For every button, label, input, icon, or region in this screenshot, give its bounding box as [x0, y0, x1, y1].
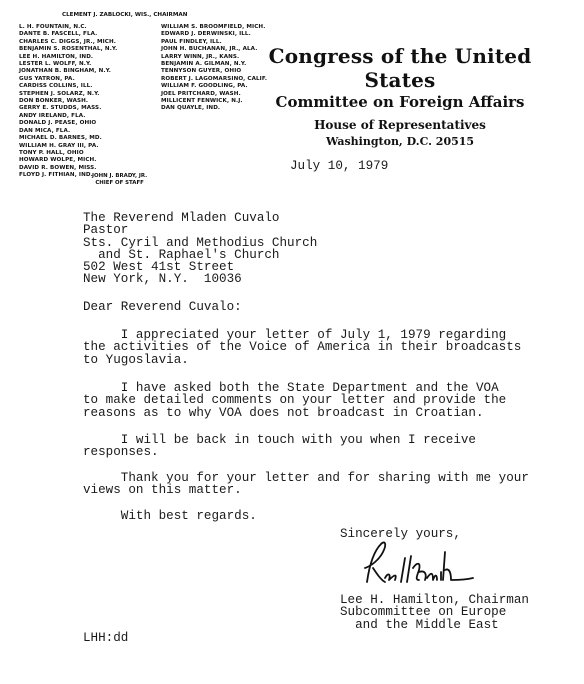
chief-of-staff: JOHN J. BRADY, JR. CHIEF OF STAFF: [92, 173, 147, 187]
committee-member: DAN MICA, FLA.: [19, 128, 117, 135]
committee-member: JOHN H. BUCHANAN, JR., ALA.: [161, 46, 267, 53]
committee-member: ROBERT J. LAGOMARSINO, CALIF.: [161, 76, 267, 83]
masthead-house: House of Representatives: [260, 116, 540, 134]
committee-member: BENJAMIN S. ROSENTHAL, N.Y.: [19, 46, 117, 53]
staff-title: CHIEF OF STAFF: [92, 180, 147, 187]
salutation: Dear Reverend Cuvalo:: [83, 301, 242, 313]
letter-date: July 10, 1979: [290, 160, 388, 172]
body-paragraph: Thank you for your letter and for sharin…: [83, 472, 529, 497]
committee-member: DAN QUAYLE, IND.: [161, 105, 267, 112]
members-list-majority: L. H. FOUNTAIN, N.C.DANTE B. FASCELL, FL…: [19, 24, 117, 180]
committee-member: HOWARD WOLPE, MICH.: [19, 157, 117, 164]
body-paragraph: I appreciated your letter of July 1, 197…: [83, 329, 521, 366]
handwritten-signature: [355, 538, 475, 588]
committee-member: CHARLES C. DIGGS, JR., MICH.: [19, 39, 117, 46]
signature-block: Lee H. Hamilton, Chairman Subcommittee o…: [340, 594, 529, 631]
body-paragraph: With best regards.: [83, 510, 257, 522]
committee-chairman: CLEMENT J. ZABLOCKI, WIS., CHAIRMAN: [62, 12, 187, 18]
committee-member: GUS YATRON, PA.: [19, 76, 117, 83]
members-list-minority: WILLIAM S. BROOMFIELD, MICH.EDWARD J. DE…: [161, 24, 267, 113]
committee-member: PAUL FINDLEY, ILL.: [161, 39, 267, 46]
body-paragraph: I will be back in touch with you when I …: [83, 434, 476, 459]
masthead-address: Washington, D.C. 20515: [260, 134, 540, 150]
committee-member: DON BONKER, WASH.: [19, 98, 117, 105]
committee-member: EDWARD J. DERWINSKI, ILL.: [161, 31, 267, 38]
masthead: Congress of the United States Committee …: [260, 44, 540, 150]
committee-member: WILLIAM F. GOODLING, PA.: [161, 83, 267, 90]
committee-member: JOEL PRITCHARD, WASH.: [161, 91, 267, 98]
committee-member: ANDY IRELAND, FLA.: [19, 113, 117, 120]
recipient-address: The Reverend Mladen Cuvalo Pastor Sts. C…: [83, 212, 317, 286]
committee-member: STEPHEN J. SOLARZ, N.Y.: [19, 91, 117, 98]
committee-member: WILLIAM H. GRAY III, PA.: [19, 143, 117, 150]
body-paragraph: I have asked both the State Department a…: [83, 382, 506, 419]
committee-member: CARDISS COLLINS, ILL.: [19, 83, 117, 90]
committee-member: LESTER L. WOLFF, N.Y.: [19, 61, 117, 68]
staff-name: JOHN J. BRADY, JR.: [92, 173, 147, 180]
committee-member: TONY P. HALL, OHIO: [19, 150, 117, 157]
committee-member: JONATHAN B. BINGHAM, N.Y.: [19, 68, 117, 75]
committee-member: MICHAEL D. BARNES, MD.: [19, 135, 117, 142]
committee-member: LEE H. HAMILTON, IND.: [19, 54, 117, 61]
committee-member: TENNYSON GUYER, OHIO: [161, 68, 267, 75]
committee-member: MILLICENT FENWICK, N.J.: [161, 98, 267, 105]
masthead-congress: Congress of the United States: [260, 44, 540, 92]
committee-member: L. H. FOUNTAIN, N.C.: [19, 24, 117, 31]
committee-member: LARRY WINN, JR., KANS.: [161, 54, 267, 61]
committee-member: DONALD J. PEASE, OHIO: [19, 120, 117, 127]
reference-initials: LHH:dd: [83, 632, 128, 644]
committee-member: DAVID R. BOWEN, MISS.: [19, 165, 117, 172]
committee-member: BENJAMIN A. GILMAN, N.Y.: [161, 61, 267, 68]
committee-member: WILLIAM S. BROOMFIELD, MICH.: [161, 24, 267, 31]
masthead-committee: Committee on Foreign Affairs: [260, 92, 540, 112]
committee-member: DANTE B. FASCELL, FLA.: [19, 31, 117, 38]
committee-member: GERRY E. STUDDS, MASS.: [19, 105, 117, 112]
